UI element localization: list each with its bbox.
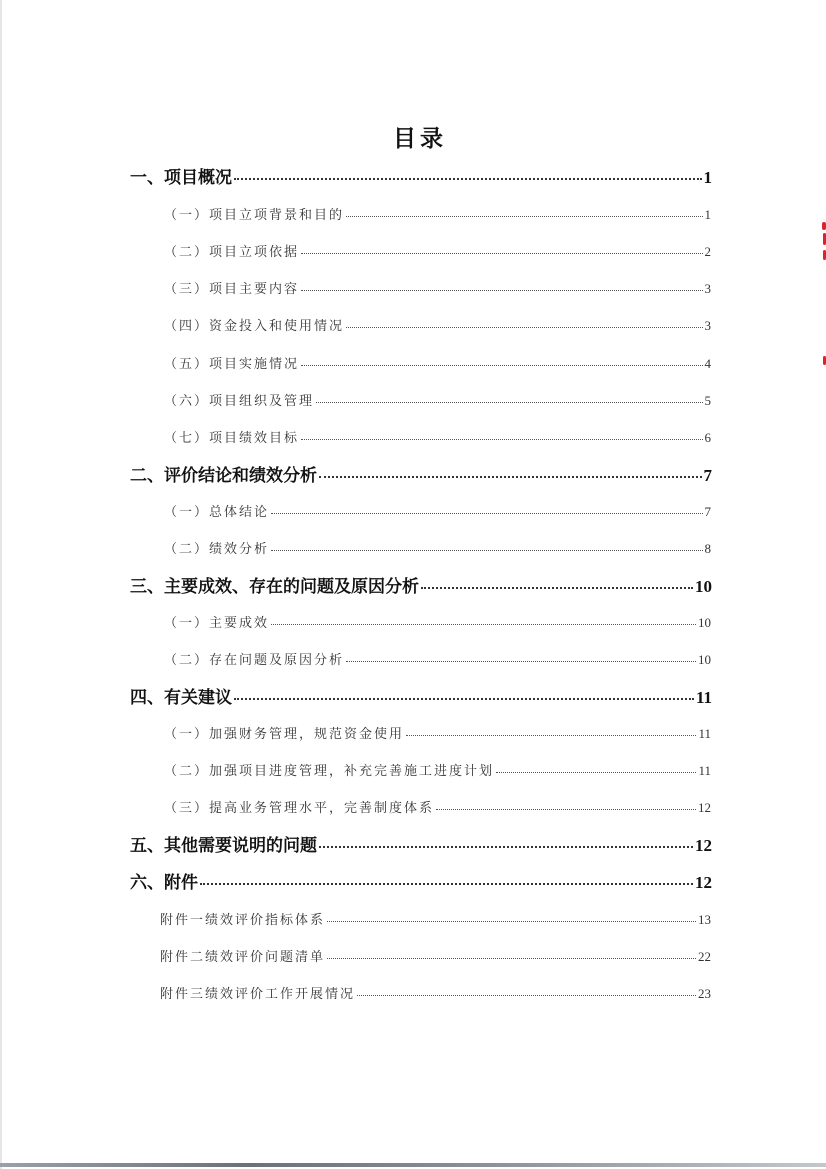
dot-leader	[357, 995, 696, 996]
toc-label: （二）绩效分析	[164, 538, 269, 557]
toc-label: 六、附件	[130, 868, 198, 893]
toc-label: （三）项目主要内容	[164, 278, 299, 297]
toc-page-number: 12	[695, 873, 712, 893]
toc-page-number: 12	[695, 836, 712, 856]
toc-entry-level2[interactable]: （二）绩效分析 8	[164, 538, 711, 557]
toc-label: （一）总体结论	[164, 501, 269, 520]
toc-entry-level1[interactable]: 五、其他需要说明的问题 12	[130, 831, 712, 856]
toc-page-number: 8	[705, 541, 712, 557]
toc-label: （二）项目立项依据	[164, 241, 299, 260]
toc-entry-level2[interactable]: （一）总体结论 7	[164, 501, 711, 520]
toc-label: （三）提高业务管理水平，完善制度体系	[164, 797, 434, 816]
toc-entry-level1[interactable]: 四、有关建议 11	[130, 683, 712, 708]
toc-page-number: 11	[698, 763, 711, 779]
document-page: 目录 一、项目概况 1 （一）项目立项背景和目的 1 （二）项目立项依据 2 （…	[0, 0, 826, 1169]
toc-page-number: 1	[704, 168, 713, 188]
toc-label: （二）加强项目进度管理，补充完善施工进度计划	[164, 760, 494, 779]
scan-edge-bottom	[0, 1163, 826, 1167]
toc-page-number: 3	[705, 281, 712, 297]
dot-leader	[301, 439, 702, 440]
toc-label: （六）项目组织及管理	[164, 390, 314, 409]
toc-entry-level2[interactable]: （一）加强财务管理，规范资金使用 11	[164, 723, 711, 742]
toc-entry-appendix[interactable]: 附件三绩效评价工作开展情况 23	[160, 983, 711, 1002]
toc-page-number: 5	[705, 393, 712, 409]
dot-leader	[319, 846, 693, 848]
dot-leader	[496, 772, 696, 773]
toc-page-number: 10	[698, 615, 711, 631]
dot-leader	[301, 253, 702, 254]
toc-label: （一）项目立项背景和目的	[164, 204, 344, 223]
toc-page-number: 10	[695, 577, 712, 597]
toc-page-number: 13	[698, 912, 711, 928]
toc-entry-level2[interactable]: （一）主要成效 10	[164, 612, 711, 631]
toc-page-number: 22	[698, 949, 711, 965]
toc-page-number: 1	[705, 207, 712, 223]
seal-mark	[822, 222, 826, 230]
dot-leader	[301, 290, 702, 291]
toc-entry-level2[interactable]: （三）提高业务管理水平，完善制度体系 12	[164, 797, 711, 816]
dot-leader	[200, 883, 693, 885]
toc-page-number: 10	[698, 652, 711, 668]
toc-page-number: 11	[698, 726, 711, 742]
dot-leader	[271, 624, 696, 625]
toc-label: 附件二绩效评价问题清单	[160, 946, 325, 965]
toc-entry-level2[interactable]: （七）项目绩效目标 6	[164, 427, 711, 446]
toc-page-number: 2	[705, 244, 712, 260]
toc-label: 一、项目概况	[130, 163, 232, 188]
toc-label: 三、主要成效、存在的问题及原因分析	[130, 572, 419, 597]
toc-page-number: 12	[698, 800, 711, 816]
toc-label: （七）项目绩效目标	[164, 427, 299, 446]
dot-leader	[346, 327, 702, 328]
dot-leader	[234, 698, 694, 700]
toc-entry-level1[interactable]: 六、附件 12	[130, 868, 712, 893]
dot-leader	[234, 178, 702, 180]
dot-leader	[436, 809, 696, 810]
page-title: 目录	[0, 120, 826, 153]
toc-page-number: 23	[698, 986, 711, 1002]
toc-entry-level2[interactable]: （一）项目立项背景和目的 1	[164, 204, 711, 223]
toc-label: 五、其他需要说明的问题	[130, 831, 317, 856]
toc-page-number: 7	[705, 504, 712, 520]
toc-entry-level2[interactable]: （二）存在问题及原因分析 10	[164, 649, 711, 668]
toc-page-number: 3	[705, 318, 712, 334]
toc-entry-level2[interactable]: （三）项目主要内容 3	[164, 278, 711, 297]
toc-entry-level2[interactable]: （六）项目组织及管理 5	[164, 390, 711, 409]
toc-entry-appendix[interactable]: 附件二绩效评价问题清单 22	[160, 946, 711, 965]
toc-entry-level2[interactable]: （四）资金投入和使用情况 3	[164, 315, 711, 334]
dot-leader	[271, 513, 702, 514]
dot-leader	[346, 216, 702, 217]
toc-label: 四、有关建议	[130, 683, 232, 708]
toc-label: （四）资金投入和使用情况	[164, 315, 344, 334]
toc-label: （二）存在问题及原因分析	[164, 649, 344, 668]
toc-entry-appendix[interactable]: 附件一绩效评价指标体系 13	[160, 909, 711, 928]
dot-leader	[406, 735, 696, 736]
toc-entry-level1[interactable]: 一、项目概况 1	[130, 163, 712, 188]
toc-entry-level1[interactable]: 三、主要成效、存在的问题及原因分析 10	[130, 572, 712, 597]
toc-entry-level2[interactable]: （二）加强项目进度管理，补充完善施工进度计划 11	[164, 760, 711, 779]
toc-label: 附件三绩效评价工作开展情况	[160, 983, 355, 1002]
dot-leader	[327, 921, 696, 922]
toc-label: 附件一绩效评价指标体系	[160, 909, 325, 928]
toc-page-number: 4	[705, 356, 712, 372]
toc-label: （一）主要成效	[164, 612, 269, 631]
toc-label: （五）项目实施情况	[164, 353, 299, 372]
toc-entry-level2[interactable]: （五）项目实施情况 4	[164, 353, 711, 372]
dot-leader	[316, 402, 702, 403]
toc-entry-level1[interactable]: 二、评价结论和绩效分析 7	[130, 461, 712, 486]
dot-leader	[301, 365, 702, 366]
scan-edge-left	[0, 0, 2, 1169]
toc-page-number: 7	[704, 466, 713, 486]
toc-page-number: 11	[696, 688, 712, 708]
dot-leader	[327, 958, 696, 959]
toc-label: 二、评价结论和绩效分析	[130, 461, 317, 486]
dot-leader	[346, 661, 696, 662]
dot-leader	[319, 476, 702, 478]
dot-leader	[421, 587, 693, 589]
toc-page-number: 6	[705, 430, 712, 446]
toc-label: （一）加强财务管理，规范资金使用	[164, 723, 404, 742]
dot-leader	[271, 550, 702, 551]
toc-entry-level2[interactable]: （二）项目立项依据 2	[164, 241, 711, 260]
